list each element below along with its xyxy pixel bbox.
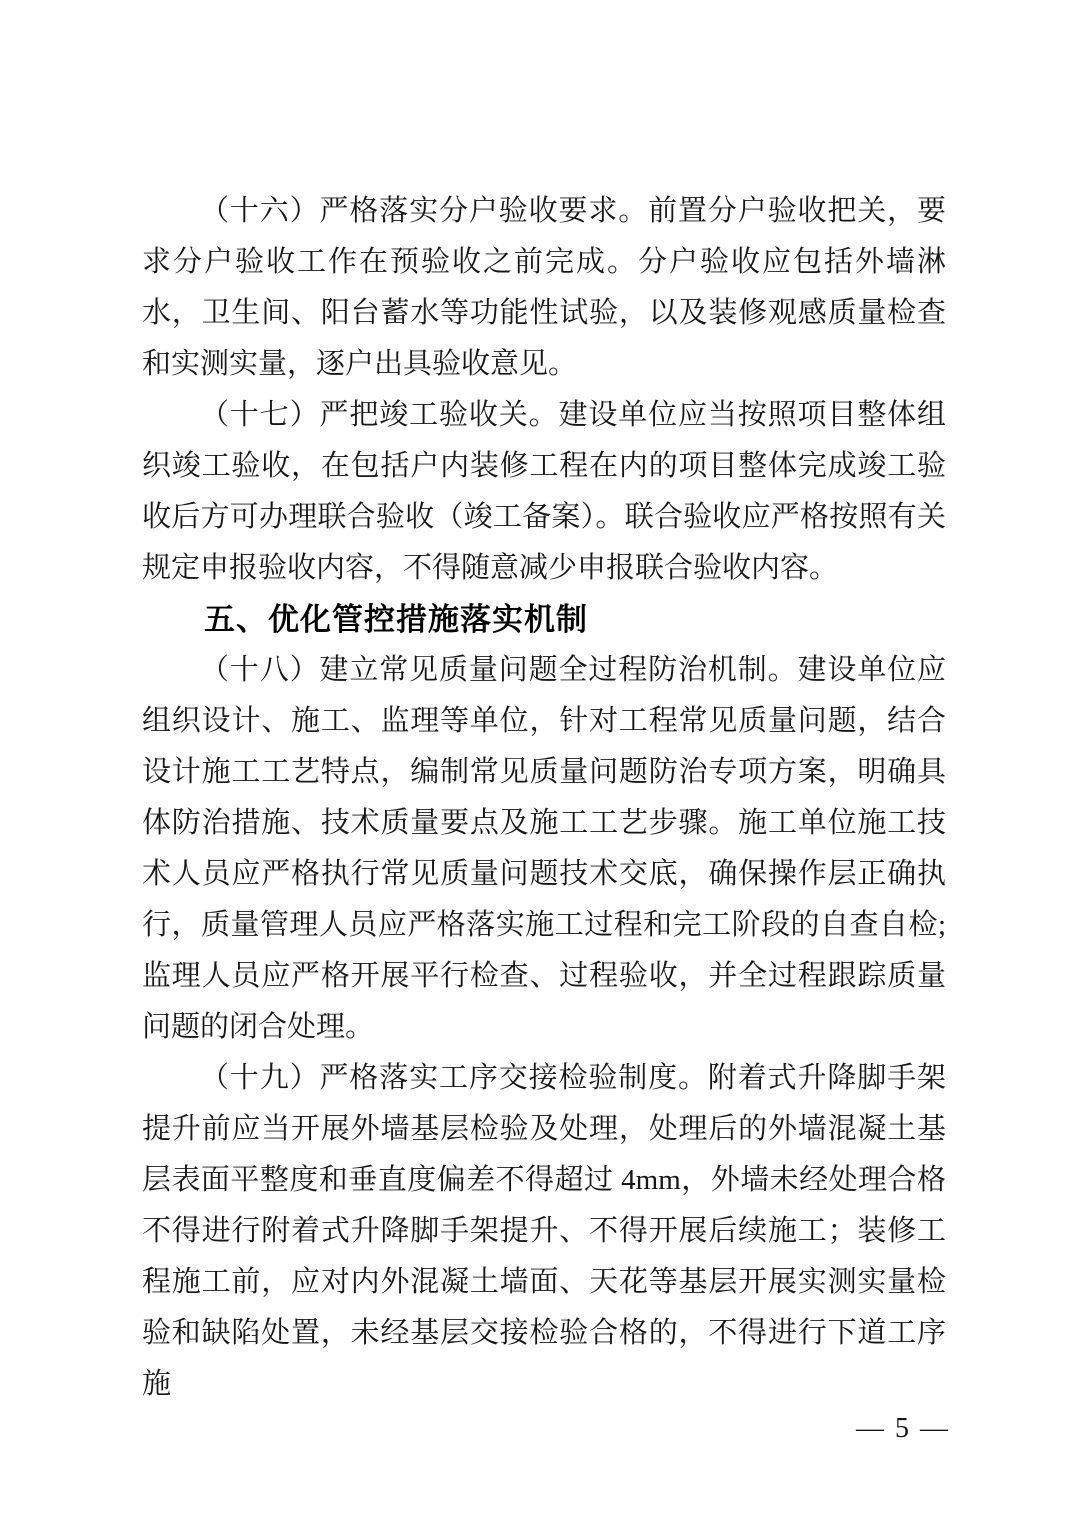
document-page: （十六）严格落实分户验收要求。前置分户验收把关，要求分户验收工作在预验收之前完成… — [0, 0, 1080, 1527]
paragraph-17: （十七）严把竣工验收关。建设单位应当按照项目整体组织竣工验收，在包括户内装修工程… — [142, 390, 946, 594]
page-number: — 5 — — [856, 1412, 950, 1446]
paragraph-18: （十八）建立常见质量问题全过程防治机制。建设单位应组织设计、施工、监理等单位，针… — [142, 645, 946, 1053]
paragraph-19: （十九）严格落实工序交接检验制度。附着式升降脚手架提升前应当开展外墙基层检验及处… — [142, 1053, 946, 1410]
paragraph-16: （十六）严格落实分户验收要求。前置分户验收把关，要求分户验收工作在预验收之前完成… — [142, 186, 946, 390]
section-heading-5: 五、优化管控措施落实机制 — [142, 594, 946, 645]
text-block: （十六）严格落实分户验收要求。前置分户验收把关，要求分户验收工作在预验收之前完成… — [142, 186, 946, 1410]
